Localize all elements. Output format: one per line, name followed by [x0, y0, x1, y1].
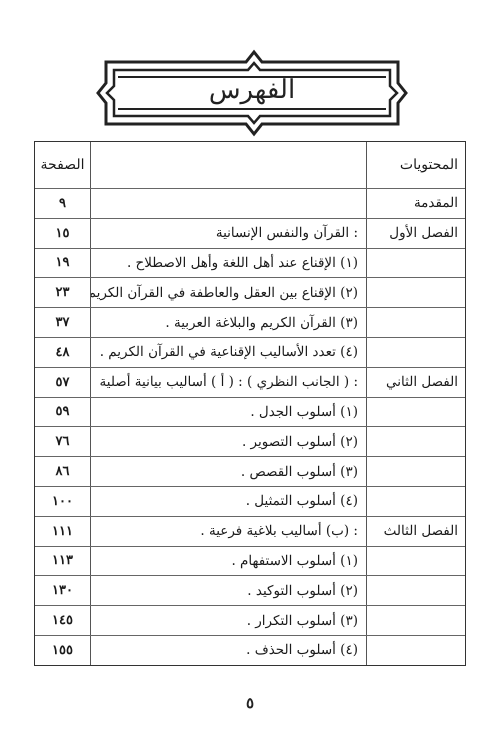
table-row: (٢) أسلوب التوكيد . ١٣٠: [35, 575, 465, 605]
page-number: ١١١: [35, 517, 90, 546]
table-row: (١) الإقناع عند أهل اللغة وأهل الاصطلاح …: [35, 248, 465, 278]
page-number: ١٥: [35, 219, 90, 248]
page-title: الفهرس: [96, 70, 408, 110]
chapter-label: الفصل الثالث: [366, 517, 465, 546]
table-row: (١) أسلوب الجدل . ٥٩: [35, 397, 465, 427]
entry-title: : ( الجانب النظري ) : ( أ ) أساليب بياني…: [90, 368, 366, 397]
table-row: الفصل الثاني : ( الجانب النظري ) : ( أ )…: [35, 367, 465, 397]
chapter-label: المقدمة: [366, 189, 465, 218]
page-number: ٤٨: [35, 338, 90, 367]
entry-title: (٣) القرآن الكريم والبلاغة العربية .: [90, 308, 366, 337]
entry-title: (٣) أسلوب التكرار .: [90, 606, 366, 635]
page-number: ٧٦: [35, 427, 90, 456]
table-row: (٣) القرآن الكريم والبلاغة العربية . ٣٧: [35, 307, 465, 337]
table-header-row: المحتويات الصفحة: [35, 142, 465, 188]
entry-title: (٢) أسلوب التصوير .: [90, 427, 366, 456]
entry-title: (١) الإقناع عند أهل اللغة وأهل الاصطلاح …: [90, 249, 366, 278]
table-row: (٢) أسلوب التصوير . ٧٦: [35, 426, 465, 456]
chapter-label: [366, 249, 465, 278]
table-row: (٣) أسلوب القصص . ٨٦: [35, 456, 465, 486]
table-row: (٤) أسلوب الحذف . ١٥٥: [35, 635, 465, 665]
page-number: ٨٦: [35, 457, 90, 486]
table-row: (٣) أسلوب التكرار . ١٤٥: [35, 605, 465, 635]
entry-title: (٢) الإقناع بين العقل والعاطفة في القرآن…: [90, 278, 366, 307]
entry-title: : (ب) أساليب بلاغية فرعية .: [90, 517, 366, 546]
page-number: ٢٣: [35, 278, 90, 307]
header-title: [90, 142, 366, 188]
page-number: ١٩: [35, 249, 90, 278]
page-number: ٥٩: [35, 398, 90, 427]
entry-title: (١) أسلوب الجدل .: [90, 398, 366, 427]
chapter-label: [366, 576, 465, 605]
table-row: (١) أسلوب الاستفهام . ١١٣: [35, 546, 465, 576]
entry-title: (١) أسلوب الاستفهام .: [90, 547, 366, 576]
page-number: ١١٣: [35, 547, 90, 576]
table-of-contents: المحتويات الصفحة المقدمة ٩ الفصل الأول :…: [34, 141, 466, 666]
chapter-label: [366, 606, 465, 635]
chapter-label: [366, 278, 465, 307]
chapter-label: [366, 457, 465, 486]
table-row: الفصل الأول : القرآن والنفس الإنسانية ١٥: [35, 218, 465, 248]
entry-title: (٢) أسلوب التوكيد .: [90, 576, 366, 605]
chapter-label: [366, 398, 465, 427]
chapter-label: [366, 427, 465, 456]
chapter-label: [366, 487, 465, 516]
chapter-label: [366, 338, 465, 367]
table-row: (٤) تعدد الأساليب الإقناعية في القرآن ال…: [35, 337, 465, 367]
page-number: ١٣٠: [35, 576, 90, 605]
entry-title: (٤) تعدد الأساليب الإقناعية في القرآن ال…: [90, 338, 366, 367]
page-number-footer: ٥: [0, 694, 500, 712]
page-number: ٩: [35, 189, 90, 218]
entry-title: (٤) أسلوب الحذف .: [90, 636, 366, 665]
entry-title: : القرآن والنفس الإنسانية: [90, 219, 366, 248]
table-row: الفصل الثالث : (ب) أساليب بلاغية فرعية .…: [35, 516, 465, 546]
page-number: ١٥٥: [35, 636, 90, 665]
entry-title: (٣) أسلوب القصص .: [90, 457, 366, 486]
table-row: (٢) الإقناع بين العقل والعاطفة في القرآن…: [35, 277, 465, 307]
page-number: ١٤٥: [35, 606, 90, 635]
chapter-label: [366, 547, 465, 576]
entry-title: [90, 189, 366, 218]
chapter-label: الفصل الأول: [366, 219, 465, 248]
header-page: الصفحة: [35, 142, 90, 188]
page-number: ٣٧: [35, 308, 90, 337]
page-number: ٥٧: [35, 368, 90, 397]
chapter-label: [366, 636, 465, 665]
table-row: المقدمة ٩: [35, 188, 465, 218]
chapter-label: [366, 308, 465, 337]
header-contents: المحتويات: [366, 142, 465, 188]
book-page: الفهرس المحتويات الصفحة المقدمة ٩ الفصل …: [0, 0, 500, 738]
title-frame: الفهرس: [96, 48, 408, 138]
entry-title: (٤) أسلوب التمثيل .: [90, 487, 366, 516]
page-number: ١٠٠: [35, 487, 90, 516]
table-row: (٤) أسلوب التمثيل . ١٠٠: [35, 486, 465, 516]
chapter-label: الفصل الثاني: [366, 368, 465, 397]
